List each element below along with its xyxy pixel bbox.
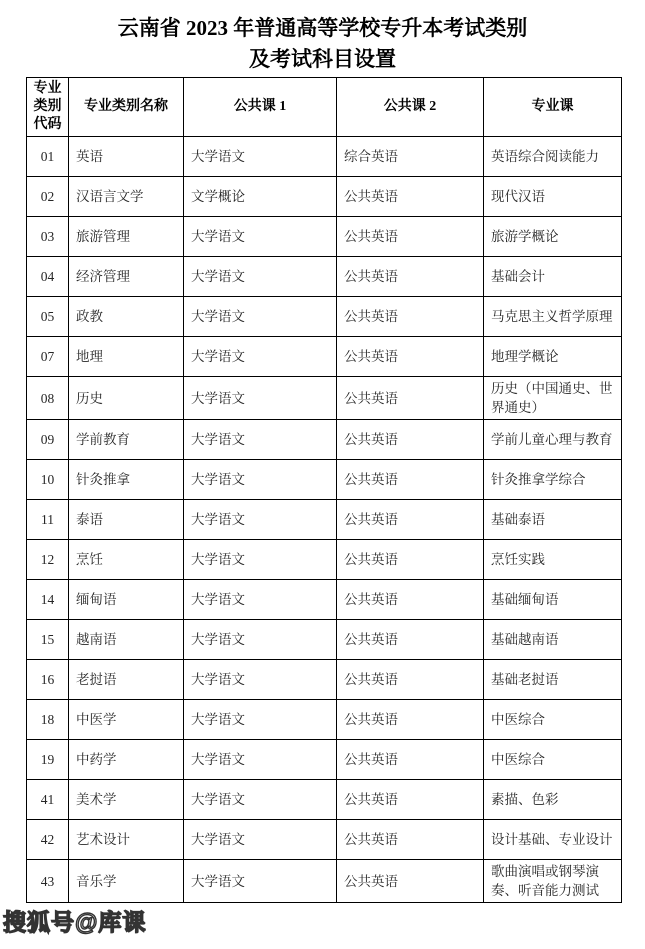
cell-category-code: 42 bbox=[27, 820, 69, 860]
cell-category-name: 中药学 bbox=[69, 740, 184, 780]
page-title: 云南省 2023 年普通高等学校专升本考试类别 及考试科目设置 bbox=[0, 0, 645, 75]
cell-major-course: 基础会计 bbox=[484, 257, 622, 297]
table-row: 12 烹饪 大学语文 公共英语 烹饪实践 bbox=[27, 540, 622, 580]
cell-public-course-2: 公共英语 bbox=[337, 540, 484, 580]
cell-major-course: 地理学概论 bbox=[484, 337, 622, 377]
cell-public-course-1: 大学语文 bbox=[184, 420, 337, 460]
cell-category-code: 11 bbox=[27, 500, 69, 540]
table-row: 07 地理 大学语文 公共英语 地理学概论 bbox=[27, 337, 622, 377]
cell-category-name: 烹饪 bbox=[69, 540, 184, 580]
cell-public-course-1: 大学语文 bbox=[184, 620, 337, 660]
cell-major-course: 设计基础、专业设计 bbox=[484, 820, 622, 860]
cell-category-code: 08 bbox=[27, 377, 69, 420]
cell-category-code: 09 bbox=[27, 420, 69, 460]
cell-public-course-2: 公共英语 bbox=[337, 377, 484, 420]
cell-public-course-1: 大学语文 bbox=[184, 257, 337, 297]
cell-major-course: 基础越南语 bbox=[484, 620, 622, 660]
header-category-name: 专业类别名称 bbox=[69, 78, 184, 137]
cell-category-code: 01 bbox=[27, 137, 69, 177]
cell-category-name: 音乐学 bbox=[69, 860, 184, 903]
table-row: 16 老挝语 大学语文 公共英语 基础老挝语 bbox=[27, 660, 622, 700]
cell-public-course-2: 公共英语 bbox=[337, 780, 484, 820]
cell-category-code: 15 bbox=[27, 620, 69, 660]
table-row: 15 越南语 大学语文 公共英语 基础越南语 bbox=[27, 620, 622, 660]
cell-public-course-2: 公共英语 bbox=[337, 337, 484, 377]
header-major-course: 专业课 bbox=[484, 78, 622, 137]
cell-category-code: 18 bbox=[27, 700, 69, 740]
cell-public-course-2: 公共英语 bbox=[337, 660, 484, 700]
table-row: 08 历史 大学语文 公共英语 历史（中国通史、世界通史） bbox=[27, 377, 622, 420]
cell-category-name: 学前教育 bbox=[69, 420, 184, 460]
cell-category-name: 缅甸语 bbox=[69, 580, 184, 620]
cell-category-code: 05 bbox=[27, 297, 69, 337]
cell-category-code: 41 bbox=[27, 780, 69, 820]
cell-category-name: 经济管理 bbox=[69, 257, 184, 297]
page-title-line-1: 云南省 2023 年普通高等学校专升本考试类别 bbox=[0, 13, 645, 44]
table-row: 10 针灸推拿 大学语文 公共英语 针灸推拿学综合 bbox=[27, 460, 622, 500]
cell-category-code: 03 bbox=[27, 217, 69, 257]
table-row: 01 英语 大学语文 综合英语 英语综合阅读能力 bbox=[27, 137, 622, 177]
cell-category-name: 历史 bbox=[69, 377, 184, 420]
watermark: 搜狐号@库课 bbox=[3, 904, 146, 937]
cell-category-code: 43 bbox=[27, 860, 69, 903]
cell-public-course-2: 综合英语 bbox=[337, 137, 484, 177]
cell-public-course-1: 大学语文 bbox=[184, 780, 337, 820]
table-row: 03 旅游管理 大学语文 公共英语 旅游学概论 bbox=[27, 217, 622, 257]
table-row: 41 美术学 大学语文 公共英语 素描、色彩 bbox=[27, 780, 622, 820]
table-row: 11 泰语 大学语文 公共英语 基础泰语 bbox=[27, 500, 622, 540]
cell-major-course: 中医综合 bbox=[484, 740, 622, 780]
cell-public-course-1: 大学语文 bbox=[184, 580, 337, 620]
cell-major-course: 旅游学概论 bbox=[484, 217, 622, 257]
header-public-course-2: 公共课 2 bbox=[337, 78, 484, 137]
table-row: 18 中医学 大学语文 公共英语 中医综合 bbox=[27, 700, 622, 740]
cell-major-course: 学前儿童心理与教育 bbox=[484, 420, 622, 460]
cell-public-course-2: 公共英语 bbox=[337, 217, 484, 257]
cell-category-name: 政教 bbox=[69, 297, 184, 337]
cell-public-course-2: 公共英语 bbox=[337, 820, 484, 860]
cell-public-course-1: 大学语文 bbox=[184, 540, 337, 580]
cell-public-course-1: 大学语文 bbox=[184, 740, 337, 780]
cell-category-code: 16 bbox=[27, 660, 69, 700]
cell-category-code: 07 bbox=[27, 337, 69, 377]
cell-category-code: 04 bbox=[27, 257, 69, 297]
cell-major-course: 针灸推拿学综合 bbox=[484, 460, 622, 500]
cell-major-course: 基础老挝语 bbox=[484, 660, 622, 700]
cell-public-course-1: 大学语文 bbox=[184, 820, 337, 860]
cell-category-name: 汉语言文学 bbox=[69, 177, 184, 217]
table-row: 42 艺术设计 大学语文 公共英语 设计基础、专业设计 bbox=[27, 820, 622, 860]
cell-category-name: 地理 bbox=[69, 337, 184, 377]
exam-subjects-table: 专业类别代码专业类别名称公共课 1公共课 2专业课 01 英语 大学语文 综合英… bbox=[26, 77, 622, 903]
cell-category-code: 12 bbox=[27, 540, 69, 580]
cell-public-course-2: 公共英语 bbox=[337, 620, 484, 660]
cell-public-course-2: 公共英语 bbox=[337, 700, 484, 740]
cell-category-code: 14 bbox=[27, 580, 69, 620]
cell-category-name: 老挝语 bbox=[69, 660, 184, 700]
cell-major-course: 基础缅甸语 bbox=[484, 580, 622, 620]
cell-category-name: 旅游管理 bbox=[69, 217, 184, 257]
cell-category-code: 10 bbox=[27, 460, 69, 500]
cell-category-code: 19 bbox=[27, 740, 69, 780]
cell-public-course-2: 公共英语 bbox=[337, 740, 484, 780]
cell-public-course-1: 文学概论 bbox=[184, 177, 337, 217]
cell-public-course-2: 公共英语 bbox=[337, 860, 484, 903]
cell-public-course-1: 大学语文 bbox=[184, 337, 337, 377]
cell-major-course: 烹饪实践 bbox=[484, 540, 622, 580]
cell-major-course: 英语综合阅读能力 bbox=[484, 137, 622, 177]
cell-category-name: 中医学 bbox=[69, 700, 184, 740]
cell-major-course: 历史（中国通史、世界通史） bbox=[484, 377, 622, 420]
table-row: 02 汉语言文学 文学概论 公共英语 现代汉语 bbox=[27, 177, 622, 217]
header-public-course-1: 公共课 1 bbox=[184, 78, 337, 137]
cell-public-course-1: 大学语文 bbox=[184, 460, 337, 500]
table-row: 43 音乐学 大学语文 公共英语 歌曲演唱或钢琴演奏、听音能力测试 bbox=[27, 860, 622, 903]
page-title-line-2: 及考试科目设置 bbox=[0, 44, 645, 75]
cell-public-course-1: 大学语文 bbox=[184, 297, 337, 337]
cell-public-course-2: 公共英语 bbox=[337, 580, 484, 620]
cell-public-course-2: 公共英语 bbox=[337, 500, 484, 540]
table-row: 14 缅甸语 大学语文 公共英语 基础缅甸语 bbox=[27, 580, 622, 620]
cell-public-course-2: 公共英语 bbox=[337, 257, 484, 297]
cell-category-name: 泰语 bbox=[69, 500, 184, 540]
cell-public-course-1: 大学语文 bbox=[184, 377, 337, 420]
cell-public-course-2: 公共英语 bbox=[337, 297, 484, 337]
cell-public-course-1: 大学语文 bbox=[184, 217, 337, 257]
cell-major-course: 歌曲演唱或钢琴演奏、听音能力测试 bbox=[484, 860, 622, 903]
cell-major-course: 中医综合 bbox=[484, 700, 622, 740]
header-category-code: 专业类别代码 bbox=[27, 78, 69, 137]
table-row: 05 政教 大学语文 公共英语 马克思主义哲学原理 bbox=[27, 297, 622, 337]
cell-category-name: 美术学 bbox=[69, 780, 184, 820]
cell-major-course: 素描、色彩 bbox=[484, 780, 622, 820]
cell-public-course-1: 大学语文 bbox=[184, 700, 337, 740]
table-row: 19 中药学 大学语文 公共英语 中医综合 bbox=[27, 740, 622, 780]
cell-public-course-2: 公共英语 bbox=[337, 177, 484, 217]
table-row: 09 学前教育 大学语文 公共英语 学前儿童心理与教育 bbox=[27, 420, 622, 460]
cell-category-name: 针灸推拿 bbox=[69, 460, 184, 500]
cell-public-course-1: 大学语文 bbox=[184, 500, 337, 540]
cell-category-name: 艺术设计 bbox=[69, 820, 184, 860]
cell-major-course: 基础泰语 bbox=[484, 500, 622, 540]
cell-public-course-1: 大学语文 bbox=[184, 660, 337, 700]
cell-major-course: 马克思主义哲学原理 bbox=[484, 297, 622, 337]
cell-category-name: 英语 bbox=[69, 137, 184, 177]
cell-major-course: 现代汉语 bbox=[484, 177, 622, 217]
header-row: 专业类别代码专业类别名称公共课 1公共课 2专业课 bbox=[27, 78, 622, 137]
cell-public-course-1: 大学语文 bbox=[184, 860, 337, 903]
cell-public-course-2: 公共英语 bbox=[337, 420, 484, 460]
cell-public-course-2: 公共英语 bbox=[337, 460, 484, 500]
table-body: 01 英语 大学语文 综合英语 英语综合阅读能力 02 汉语言文学 文学概论 公… bbox=[27, 137, 622, 903]
cell-public-course-1: 大学语文 bbox=[184, 137, 337, 177]
document-page: 云南省 2023 年普通高等学校专升本考试类别 及考试科目设置 专业类别代码专业… bbox=[0, 0, 645, 949]
table-row: 04 经济管理 大学语文 公共英语 基础会计 bbox=[27, 257, 622, 297]
cell-category-name: 越南语 bbox=[69, 620, 184, 660]
cell-category-code: 02 bbox=[27, 177, 69, 217]
